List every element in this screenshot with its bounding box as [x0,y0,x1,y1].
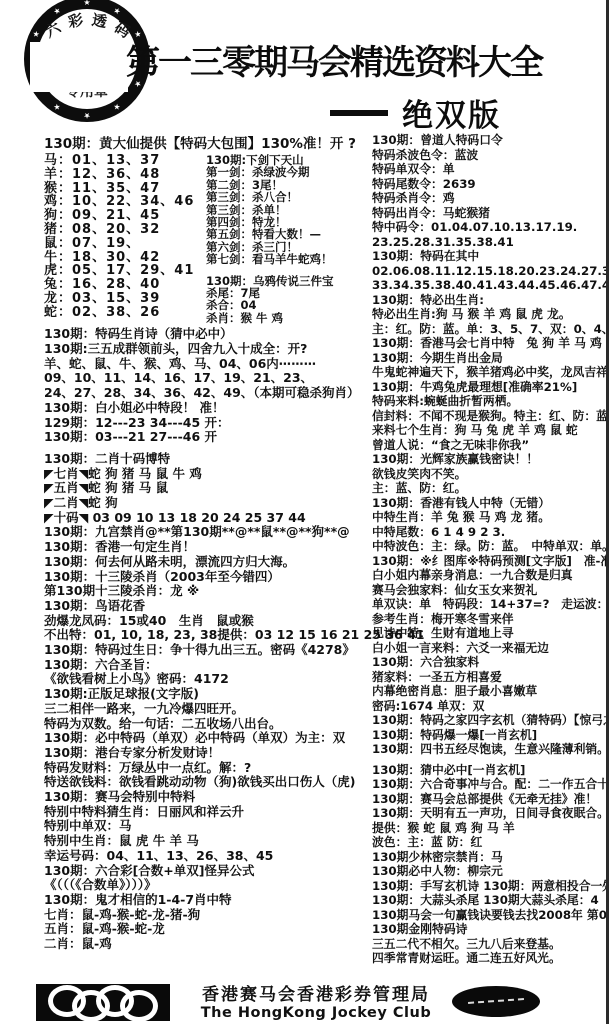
text-line: 杀肖：猴 牛 鸡 [206,312,372,324]
text-line: 劲爆龙凤码：15或40 生肖 鼠或猴 [44,614,372,629]
text-line: 第五剑：特看大数！— [206,228,372,240]
text-line: 五肖：鼠-鸡-猴-蛇-龙 [44,922,372,937]
text-line: 第七剑：看马羊牛蛇鸡！ [206,253,372,265]
star-icon: ★ [81,0,93,9]
text-line: 第三剑：杀八合！ [206,191,372,203]
text-line: 130期:正版足球报(文字版) [44,687,372,702]
text-line: 130期：六合独家料 [372,655,606,670]
text-line: 《（（（《合数单》）））》 [44,878,372,893]
text-line: 130期：香港马会七肖中特 兔 狗 羊 马 鸡 鼠 猪 [372,336,606,351]
hkjc-logo [36,984,170,1021]
text-line: 密码:1674 单双：双 [372,699,606,714]
text-line: 130期：特码爆一爆[一肖玄机] [372,728,606,743]
footer-org: 香港赛马会香港彩券管理局 The HongKong Jockey Club [185,980,447,1021]
text-line: ◤二肖◥蛇 狗 [44,496,372,511]
text-line: 第130期十三陵杀肖：龙 ※ [44,584,372,599]
text-line: 特别中单双：马 [44,819,372,834]
page-subtitle: 绝双版 [402,90,501,135]
text-line: 130期：鬼才相信的1-4-7肖中特 [44,893,372,908]
text-line: 130期：香港有钱人中特（无错） [372,496,606,511]
text-line: 130期：今期生肖出金局 [372,351,606,366]
text-line: 130期必中人物：柳宗元 [372,864,606,879]
subtitle-dash [330,110,388,116]
text-line: 130期：特码在其中 [372,249,606,264]
text-line: 130期：港台专家分析发财诗！ [44,746,372,761]
text-line: 130期：必中特码（单双）必中特码（单双）为主：双 [44,731,372,746]
header: ★ ★ ★ ★ ★ ★ ★ ★ ★ ★ 六彩透码 专用章 第一三零期马会精选资料… [0,0,609,128]
text-line: 特码单双令：单 [372,162,606,177]
text-line: 特别中特料猜生肖：日丽风和祥云升 [44,805,372,820]
text-line: 130期：六合奇事冲与合。配：二一作五合十数。 [372,777,606,792]
text-line: 幸运号码：04、11、13、26、38、45 [44,849,372,864]
text-line: 130期：特码过生日：争十得九出三五。密码《4278》 [44,643,372,658]
star-icon: ★ [81,109,93,121]
text-line: 特码杀肖令：鸡 [372,191,606,206]
text-line: 牛鬼蛇神遍天下，猴羊猪鸡必中奖，龙凤吉祥合民想。 [372,365,606,380]
text-line: 马：01、13、37 [44,154,206,168]
stamp-cover [30,42,128,92]
footer-org-cn: 香港赛马会香港彩券管理局 [185,980,447,1005]
text-line: 23.25.28.31.35.38.41 [372,235,606,250]
zodiac-numbers-list: 马：01、13、37羊：12、36、48猴：11、35、47鸡：10、22、34… [44,154,206,324]
logo-ring-icon [120,990,158,1022]
text-line: 蛇：02、38、26 [44,306,206,320]
text-line: 提供：猴 蛇 鼠 鸡 狗 马 羊 [372,821,606,836]
text-line: 130期：二肖十码博特 [44,452,372,467]
text-line: 130期：香港一句定生肖！ [44,540,372,555]
text-line: 130期：白小姐必中特段！ 准！ [44,401,372,416]
text-line: 130期马会一句赢钱诀要钱去找2008年 第049期 [372,908,606,923]
text-line: 130期：赛马会特别中特料 [44,790,372,805]
text-line: 主：蓝、防：红。 [372,481,606,496]
text-line: 龙：03、15、39 [44,292,206,306]
text-line: 特送欲钱料：欲钱看跳动动物（狗)欲钱买出口伤人（虎) [44,775,372,790]
text-line: 羊、蛇、鼠、牛、猴、鸡、马、04、06内⋯⋯⋯ [44,357,372,372]
text-line: 《欲钱看树上小鸟》密码：4172 [44,672,372,687]
text-line: 33.34.35.38.40.41.43.44.45.46.47.48 [372,278,606,293]
text-line: 130期：何去何从路未明，漂流四方归大海。 [44,555,372,570]
text-line: ◤五肖◥蛇 狗 猪 马 鼠 [44,481,372,496]
text-line: 白小姐内幕亲身消息：一九合数是归真 [372,568,606,583]
text-line: 白小姐一言来料：六爻一来福无边 [372,641,606,656]
text-line: 单双诀：单 特码段：14+37=? 走运波：红 绿 [372,597,606,612]
text-line: 130期：光辉家族赢钱密诀！！ [372,452,606,467]
sword-list: 130期:下剑下天山第一剑：杀绿波今期第二剑：3尾！第三剑：杀八合！第三剑：杀单… [206,154,372,324]
body-columns: 130期：黄大仙提供【特码大包围】130%准！开 ? 马：01、13、37羊：1… [0,128,609,966]
text-line: 猪：08、20、32 [44,223,206,237]
left-column: 130期：黄大仙提供【特码大包围】130%准！开 ? 马：01、13、37羊：1… [0,128,372,952]
text-line: 130期：鸟语花香 [44,599,372,614]
text-line: 欲钱皮笑肉不笑。 [372,467,606,482]
text-line: 特码出肖令：马蛇猴猪 [372,206,606,221]
text-line: 四季常青财运旺。通二连五好风光。 [372,951,606,966]
text-line: 特码来料:蜿蜒曲折暂两栖。 [372,394,606,409]
text-line: 来料七个生肖：狗 马 兔 虎 羊 鸡 鼠 蛇 [372,423,606,438]
text-line: 七肖：鼠-鸡-猴-蛇-龙-猪-狗 [44,908,372,923]
text-line: 狗：09、21、45 [44,209,206,223]
footer: 香港赛马会香港彩券管理局 The HongKong Jockey Club [0,978,609,1024]
right-column: 130期：曾道人特码口令特码杀波色令：蓝波特码单双令：单特码尾数令：2639特码… [372,128,606,966]
text-line: 130期：赛马会总部提供《无牵无挂》准！ [372,792,606,807]
text-line: 赛马会独家料：仙女玉女来贺礼 [372,583,606,598]
text-line: 130期少林密宗禁肖：马 [372,850,606,865]
text-line: 三二相伴一路来，一九冷爆四旺开。 [44,702,372,717]
text-line: 特码发财料：万绿丛中一点红。解：? [44,761,372,776]
text-line: 特码尾数令：2639 [372,177,606,192]
text-line: 内幕绝密肖息：胆子最小喜嫩草 [372,684,606,699]
text-line: 130期：六合彩[合数+单双]怪异公式 [44,864,372,879]
text-line: ◤七肖◥蛇 狗 猪 马 鼠 牛 鸡 [44,467,372,482]
text-line: 中特尾数：6 1 4 9 2 3. [372,525,606,540]
text-line: 130期:三五成群领前头，四舍九入十成全：开? [44,342,372,357]
text-line: 130期：大蒜头杀尾 130期大蒜头杀尾：4 [372,893,606,908]
text-line: 参考生肖：梅开寒冬雪来伴 [372,612,606,627]
text-line: 曾道人说：“食之无味非你我” [372,438,606,453]
star-icon: ★ [129,26,145,42]
text-line: 中特生肖：羊 兔 猴 马 鸡 龙 猪。 [372,510,606,525]
page: ★ ★ ★ ★ ★ ★ ★ ★ ★ ★ 六彩透码 专用章 第一三零期马会精选资料… [0,0,609,1024]
text-line: 兔：16、28、40 [44,278,206,292]
footer-org-en: The HongKong Jockey Club [185,1005,447,1021]
text-line: 130期：手写玄机诗 130期：两意相投合一处。 [372,879,606,894]
zodiac-sword-block: 马：01、13、37羊：12、36、48猴：11、35、47鸡：10、22、34… [44,154,372,324]
text-line: 130期：特必出生肖: [372,293,606,308]
text-line: 130期：十三陵杀肖（2003年至今错四） [44,570,372,585]
text-line: 130期：牛鸡兔虎最理想[准确率21%] [372,380,606,395]
text-line: 猪家料：一圣五方相喜爱 [372,670,606,685]
text-line: 130期：特码之家四字玄机（猜特码）【惊弓之鸟】 [372,713,606,728]
text-line: 鼠：07、19、 [44,237,206,251]
text-line: 130期：六合圣旨： [44,658,372,673]
text-line: 三五二代不相欠。三九八后来登基。 [372,937,606,952]
text-line: 130期：曾道人特码口令 [372,133,606,148]
text-line: 特码为双数。给一句话：二五收场八出台。 [44,717,372,732]
text-line: 130期：四书五经尽饱读，生意兴隆薄利销。！！开（？？） [372,742,606,757]
page-title: 第一三零期马会精选资料大全 [126,44,542,82]
text-line: 130期：猜中必中[一肖玄机] [372,763,606,778]
text-line: 波色：主：蓝 防：红 [372,835,606,850]
text-line: 特必出生肖:狗 马 猴 羊 鸡 鼠 虎 龙。 [372,307,606,322]
text-line: 特中码令：01.04.07.10.13.17.19. [372,220,606,235]
text-line: 09、10、11、14、16、17、19、21、23、 [44,371,372,386]
text-line: 信封料：不闻不现是猴狗。特主：红、防：蓝。 [372,409,606,424]
text-line: 中特波色：主：绿。防：蓝。 中特单双：单。 [372,539,606,554]
text-line: 130期金刚特码诗 [372,922,606,937]
text-line: ◤十码◥ 03 09 10 13 18 20 24 25 37 44 [44,511,372,526]
text-line: 特码杀波色令：蓝波 [372,148,606,163]
left-intro-line: 130期：黄大仙提供【特码大包围】130%准！开 ? [44,134,372,154]
text-line: 130期：天明有五一声功，日间寻食夜眠合。 [372,806,606,821]
text-line: 见诗中特：生财有道地上寻 [372,626,606,641]
text-line: 特别中生肖：鼠 虎 牛 羊 马 [44,834,372,849]
text-line: 130期：特码生肖诗（猜中必中） [44,327,372,342]
text-line: 129期：12---23 34---45 开： [44,416,372,431]
text-line: 羊：12、36、48 [44,168,206,182]
text-line: 二肖：鼠-鸡 [44,937,372,952]
text-line: 02.06.08.11.12.15.18.20.23.24.27.30 [372,264,606,279]
star-icon: ★ [29,26,45,42]
subtitle-row: 绝双版 [330,90,501,135]
text-line: 第一剑：杀绿波今期 [206,166,372,178]
text-line: 主：红。防：蓝。单：3、5、7、双：0、4、6 [372,322,606,337]
text-line: 130期：※纟图库※特码预测[文字版] 准-准 [372,554,606,569]
oval-seal [452,986,540,1017]
text-line: 杀合：04 [206,299,372,311]
text-line: 24、27、28、34、36、42、49、（本期可稳杀狗肖） [44,386,372,401]
text-line: 130期：九宫禁肖@**第130期**@**鼠**@**狗**@ [44,525,372,540]
text-line: 不出特：01, 10, 18, 23, 38提供：03 12 15 16 21 … [44,628,372,643]
text-line: 130期：03---21 27---46 开 [44,430,372,445]
left-text-lines: 130期：特码生肖诗（猜中必中）130期:三五成群领前头，四舍九入十成全：开?羊… [44,327,372,952]
